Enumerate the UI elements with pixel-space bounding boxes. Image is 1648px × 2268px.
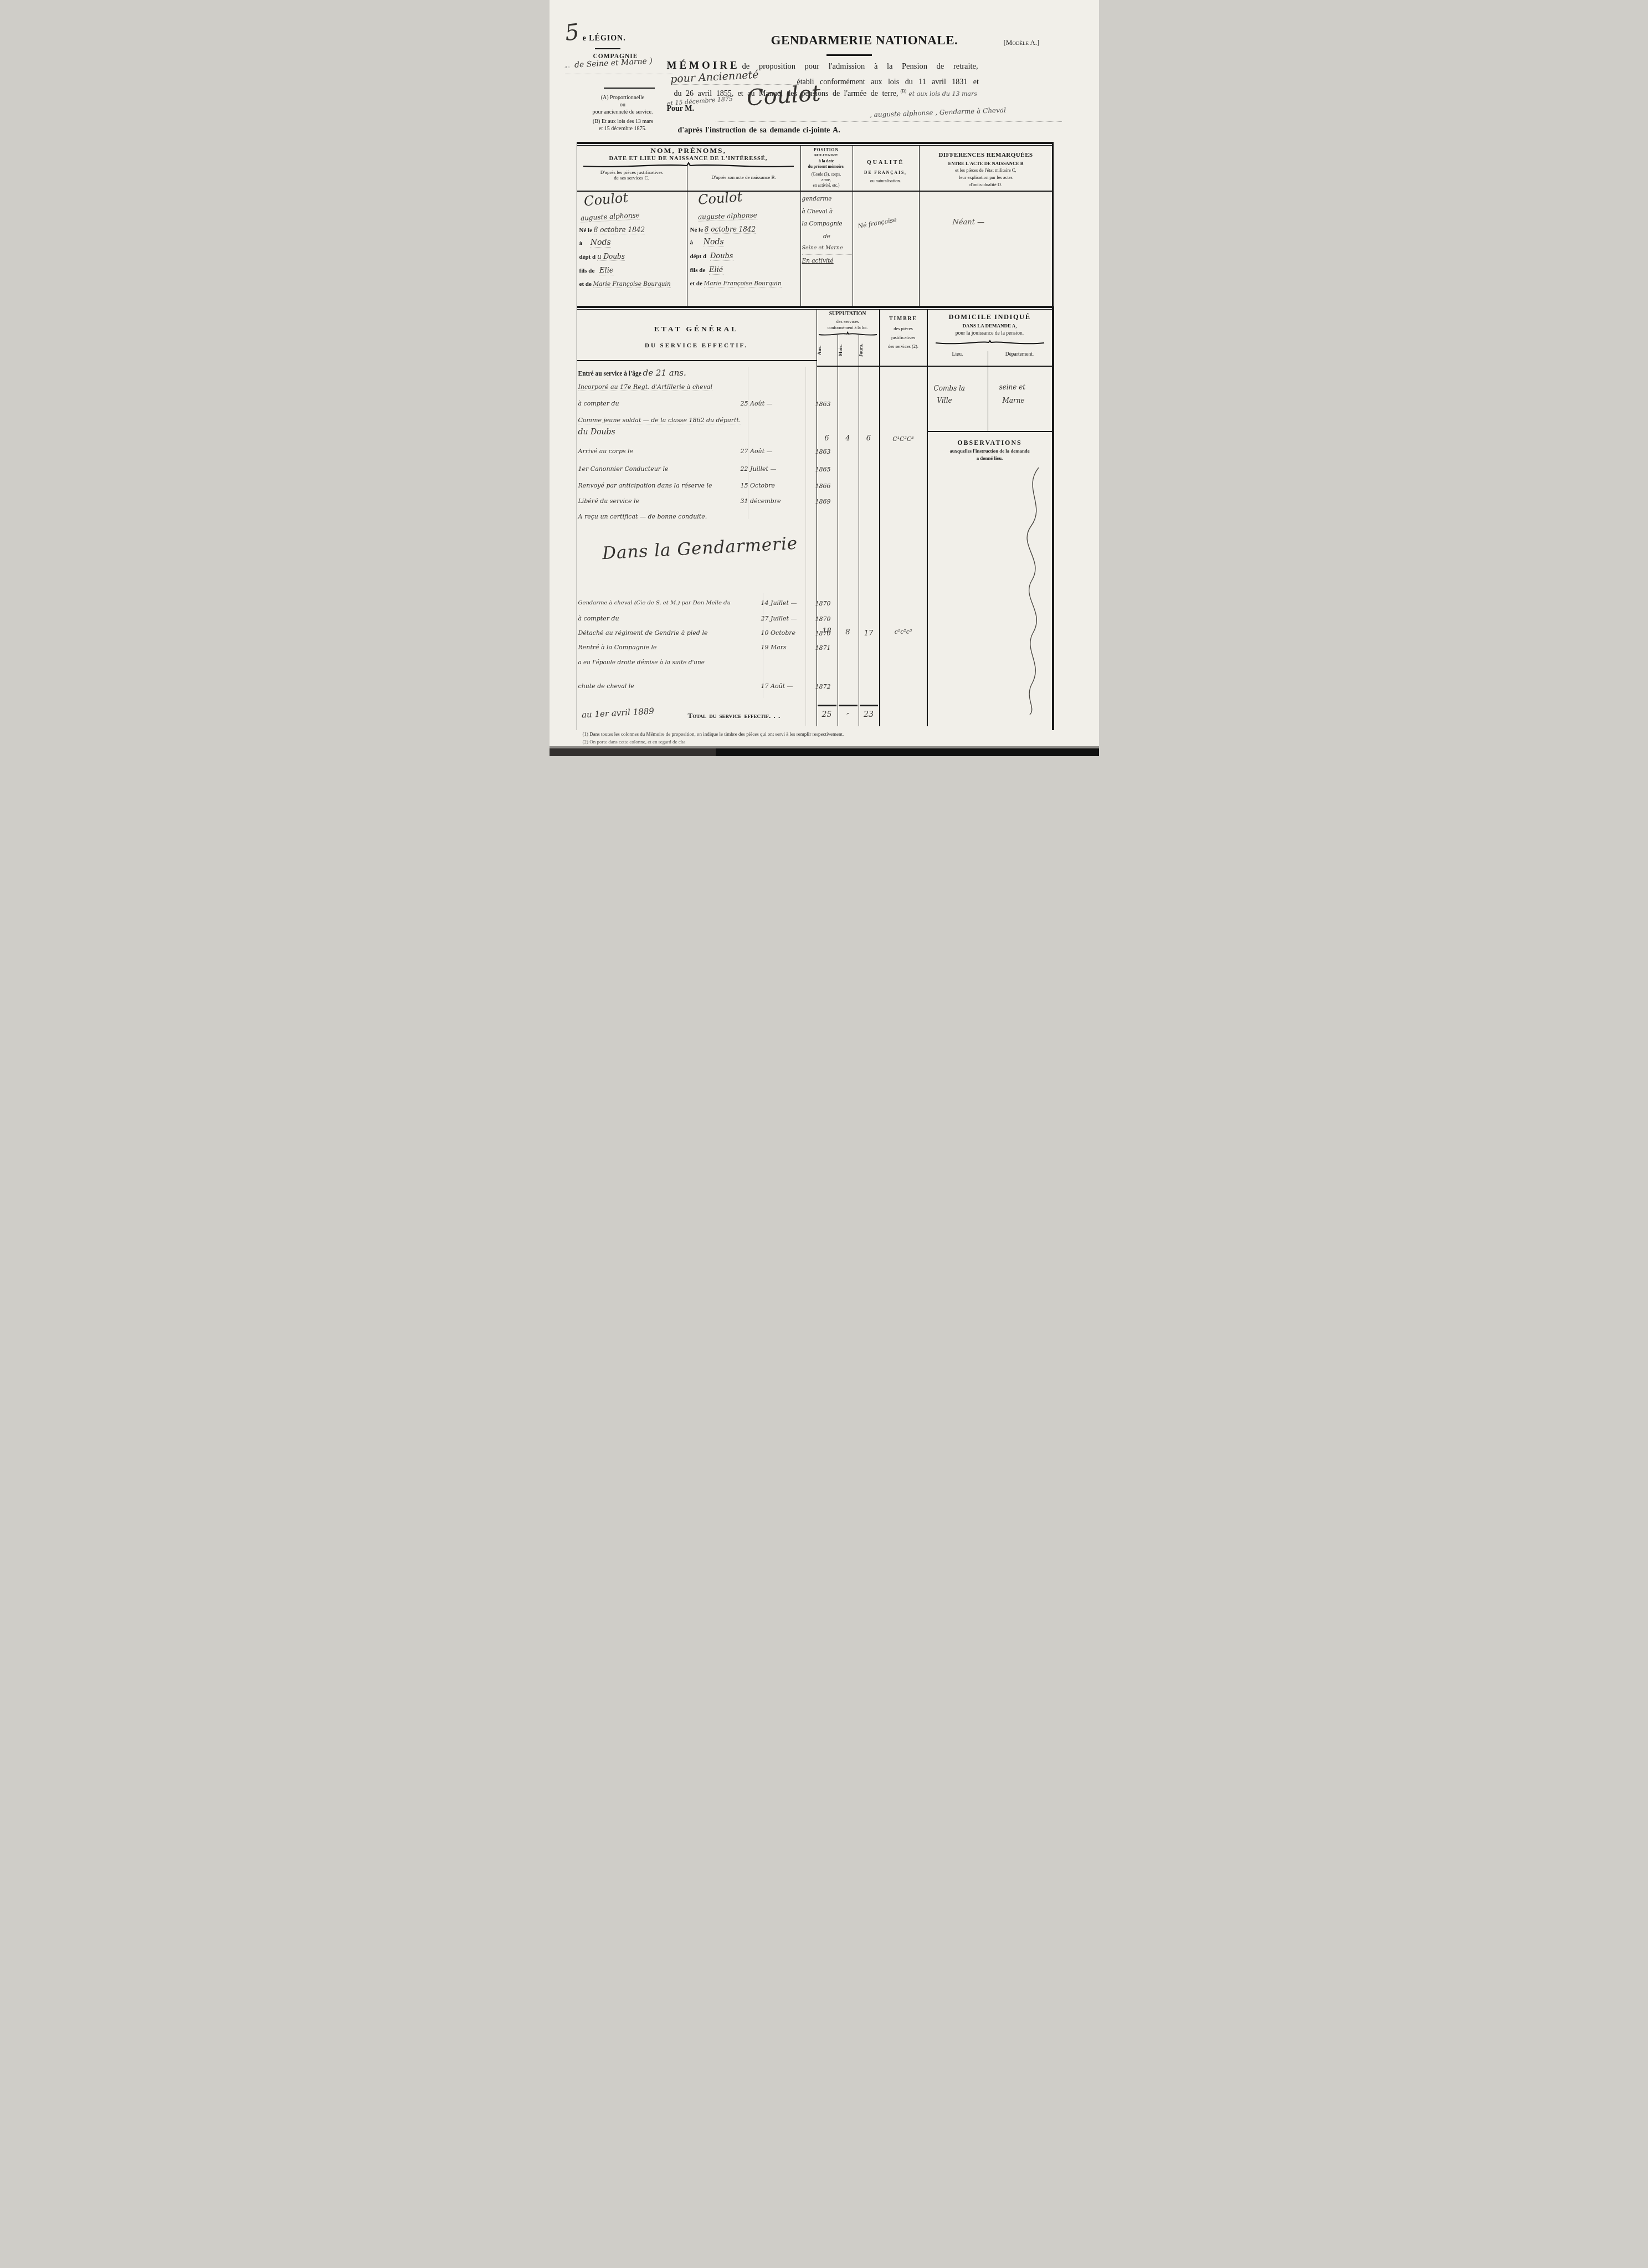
mois-jours-divider [859, 335, 860, 726]
service-row: Renvoyé par anticipation dans la réserve… [578, 482, 839, 495]
diff-h1: DIFFERENCES REMARQUÉES [921, 151, 1051, 160]
note-a-line1: (A) Proportionnelle [572, 95, 674, 101]
dapres-line: d'après l'instruction de sa demande ci-j… [678, 126, 840, 135]
gendarmerie-row: Détaché au régiment de Gendrie à pied le… [578, 629, 839, 643]
row-year: 1863 [815, 401, 831, 408]
sup-b-mois: 8 [838, 628, 859, 637]
total-label: Total du service effectif. . . [688, 711, 781, 720]
gendarmerie-row: Gendarme à cheval (Cie de S. et M.) par … [578, 599, 839, 613]
pour-m-label: Pour M. [667, 105, 695, 114]
timbre-h1: TIMBRE [880, 314, 927, 324]
observations-top-rule [928, 431, 1054, 432]
table1-col1-col2-divider [687, 165, 688, 306]
row-date: 25 Août — [741, 400, 773, 407]
c2-prenoms: auguste alphonse [697, 211, 757, 222]
gendarmerie-row: chute de cheval le 17 Août — 1872 [578, 683, 839, 696]
compagnie-prefix: d c. [565, 65, 571, 69]
timbre-header: TIMBRE des pièces justificatives des ser… [880, 314, 927, 351]
timbre-h4: des services (2). [880, 342, 927, 351]
domicile-h1: DOMICILE INDIQUÉ [928, 313, 1052, 321]
domicile-h3: pour la jouissance de la pension. [928, 331, 1052, 336]
memoire-hw-line3: et aux lois du 13 mars [908, 90, 977, 98]
sup-dom-header-underline [817, 366, 1054, 367]
pos-v3: la Compagnie [802, 218, 852, 230]
table1-col4-col5-divider [919, 146, 920, 306]
scan-edge-gray-smear [550, 748, 716, 756]
table2-right-border [1052, 306, 1054, 730]
row-date: 22 Juillet — [741, 465, 777, 473]
label-ne-le: Né le [579, 227, 593, 234]
pos-h7: en activité, etc.) [802, 183, 851, 188]
row-date: 10 Octobre [761, 629, 796, 637]
label-fils: fils de [690, 267, 706, 274]
c2-mere: Marie Françoise Bourquin [704, 280, 782, 288]
c2-dept-row: dépt d Doubs [690, 252, 733, 260]
service-row: du Doubs [578, 428, 839, 441]
row-hw: chute de cheval le [578, 683, 634, 690]
sup-b-jours: 17 [859, 629, 879, 638]
c2-lieu: Nods [704, 238, 724, 247]
table1-col1-header: D'après les pièces justificatives de ses… [578, 170, 685, 181]
row-hw: Comme jeune soldat — de la classe 1862 d… [578, 417, 741, 424]
table2-top-border [577, 306, 1054, 308]
col1-header-line2: de ses services C. [578, 175, 685, 181]
diff-h2: ENTRE L'ACTE DE NAISSANCE B [921, 160, 1051, 167]
row-hw: Arrivé au corps le [578, 448, 634, 455]
observations-h2: auxquelles l'instruction de la demande [928, 448, 1052, 454]
footnote-2: (2) On porte dans cette colonne, et en r… [583, 739, 1059, 745]
label-fils: fils de [579, 268, 595, 274]
c1-mere: Marie Françoise Bourquin [593, 281, 671, 288]
c2-fils-row: fils de Elié [690, 266, 723, 274]
row-hw: Libéré du service le [578, 497, 640, 505]
c1-nom: Coulot [583, 190, 628, 209]
row-date: 15 Octobre [741, 482, 776, 489]
sup-b-ans: 18 [817, 627, 838, 635]
sup-a-mois: 4 [838, 434, 859, 443]
sup-a-jours: 6 [859, 434, 879, 443]
title: GENDARMERIE NATIONALE. [771, 33, 954, 48]
memoire-line2: établi conformément aux lois du 11 avril… [797, 78, 979, 87]
qual-h1: QUALITÉ [854, 157, 918, 168]
row-hw: A reçu un certificat — de bonne conduite… [578, 513, 707, 520]
row-hw: Renvoyé par anticipation dans la réserve… [578, 482, 712, 489]
service-row: 1er Canonnier Conducteur le 22 Juillet —… [578, 465, 839, 479]
row-hw: à compter du [578, 400, 619, 407]
supputation-h1: SUPPUTATION [817, 311, 879, 317]
row-date: 17 Août — [761, 683, 793, 690]
note-b-line2: et 15 décembre 1875. [572, 126, 674, 132]
table1-position-header: POSITION MILITAIRE à la date du présent … [802, 147, 851, 188]
pos-h1: POSITION [802, 147, 851, 153]
label-dept: dépt d [579, 254, 596, 260]
brace-supputation [818, 331, 878, 336]
gendarmerie-row: à compter du 27 Juillet — 1870 [578, 615, 839, 628]
footnote-1: (1) Dans toutes les colonnes du Mémoire … [583, 731, 1059, 737]
memoire-line3-ref: (B) [901, 89, 907, 94]
c1-lieu: Nods [591, 238, 611, 248]
row-hw: à compter du [578, 615, 619, 622]
c2-lieu-row: à Nods [690, 238, 724, 247]
total-mois: ″ [838, 712, 859, 720]
c1-ne: 8 octobre 1842 [594, 226, 645, 234]
dotted-rule [716, 121, 1062, 122]
c2-ne: 8 octobre 1842 [705, 225, 756, 234]
timbre-h3: justificatives [880, 333, 927, 342]
dotted-rule [565, 74, 673, 74]
table1-col2-header: D'après son acte de naissance B. [689, 175, 799, 180]
note-b-line1: (B) Et aux lois des 13 mars [565, 119, 681, 125]
c2-dept: Doubs [710, 252, 733, 261]
sup-a-ans: 6 [817, 434, 838, 443]
scanned-pension-memo: 5 e LÉGION. GENDARMERIE NATIONALE. [Modè… [550, 0, 1099, 756]
row-year: 1872 [815, 683, 831, 690]
total-jours: 23 [859, 710, 879, 719]
row-year: 1870 [815, 600, 831, 607]
pos-v5: Seine et Marne [802, 243, 852, 254]
qual-h2: DE FRANÇAIS, [854, 168, 918, 177]
row-hw: a eu l'épaule droite démise à la suite d… [578, 659, 705, 666]
observations-h3: a donné lieu. [928, 455, 1052, 461]
jours-timbre-divider [879, 310, 880, 726]
row-date: 27 Août — [741, 448, 773, 455]
c1-dept-row: dépt d u Doubs [579, 253, 625, 260]
brace-domicile [934, 340, 1046, 345]
row-date: 27 Juillet — [761, 615, 797, 622]
row-year: 1863 [815, 448, 831, 455]
pos-h3: à la date [802, 158, 851, 164]
rule-under-legion [595, 48, 620, 49]
observations-h1: OBSERVATIONS [928, 439, 1052, 447]
rule-under-title [826, 54, 872, 56]
row-year: 1865 [815, 466, 831, 473]
total-rule-ans [818, 705, 836, 706]
c2-fils: Elié [709, 266, 723, 275]
table1-qualite-header: QUALITÉ DE FRANÇAIS, ou naturalisation. [854, 157, 918, 186]
label-a: à [690, 239, 694, 246]
memoire-line1-text: de proposition pour l'admission à la Pen… [742, 62, 978, 71]
pos-v4: de [802, 230, 852, 243]
domicile-dept-line2: Marne [1003, 397, 1025, 404]
total-ans: 25 [817, 710, 838, 719]
diff-h4: leur explication par les actes [921, 174, 1051, 181]
row-year: 1870 [815, 615, 831, 623]
row-year: 1866 [815, 483, 831, 490]
c1-fils-row: fils de Elie [579, 266, 614, 275]
pos-h6: arme, [802, 177, 851, 183]
service-row: Libéré du service le 31 décembre 1869 [578, 497, 839, 511]
domicile-lieu-line2: Ville [937, 397, 952, 404]
label-etde: et de [690, 280, 702, 287]
row-hw: de 21 ans. [643, 368, 686, 378]
table1-group-title-line1: NOM, PRÉNOMS, [577, 146, 800, 155]
gendarmerie-row: a eu l'épaule droite démise à la suite d… [578, 659, 839, 673]
note-a-line2: ou [572, 102, 674, 108]
table1-top-border [577, 142, 1054, 144]
etat-header-underline [577, 360, 817, 361]
c1-fils: Elie [599, 266, 614, 275]
note-a-line3: pour ancienneté de service. [566, 109, 680, 115]
label-ne-le: Né le [690, 227, 704, 233]
table1-top-border-inner [577, 145, 1054, 146]
label-a: à [579, 240, 583, 247]
sup-a-timbre: C¹C²C³ [880, 435, 927, 443]
brace-nom-prenoms [582, 162, 795, 167]
service-row: A reçu un certificat — de bonne conduite… [578, 513, 839, 526]
table2-top-border-inner [577, 309, 1054, 310]
timbre-domicile-divider [927, 310, 928, 726]
table1-right-border [1052, 142, 1054, 306]
differences-value: Néant — [953, 218, 985, 227]
col1-header-line1: D'après les pièces justificatives [578, 170, 685, 175]
row-hw: Détaché au régiment de Gendrie à pied le [578, 629, 708, 637]
row-date: 31 décembre [741, 497, 781, 505]
timbre-h2: des pièces [880, 324, 927, 333]
c1-lieu-row: à Nods [579, 238, 611, 247]
name-rest-handwritten: , auguste alphonse , Gendarme à Cheval [869, 106, 1005, 119]
supputation-h2: des services [817, 319, 879, 324]
observations-flourish [1018, 466, 1051, 716]
pos-h2: MILITAIRE [802, 153, 851, 158]
pos-v1: gendarme [802, 193, 852, 206]
c2-nom: Coulot [697, 189, 743, 208]
col-jours-label: Jours. [858, 336, 879, 364]
c1-ne-row: Né le 8 octobre 1842 [579, 226, 645, 234]
label-etde: et de [579, 281, 592, 288]
c2-ne-row: Né le 8 octobre 1842 [690, 225, 756, 233]
qualite-value: Né française [857, 216, 897, 230]
row-printed: Entré au service à l'âge [578, 371, 641, 377]
domicile-dept-line1: seine et [999, 383, 1026, 391]
service-row: Arrivé au corps le 27 Août — 1863 [578, 448, 839, 461]
etat-general-line2: DU SERVICE EFFECTIF. [577, 342, 817, 349]
service-row: à compter du 25 Août — 1863 [578, 400, 839, 413]
row-hw: Rentré à la Compagnie le [578, 644, 657, 651]
c2-mere-row: et de Marie Françoise Bourquin [690, 280, 782, 287]
pos-v2: à Cheval à [802, 206, 852, 218]
compagnie-value-handwritten: de Seine et Marne ) [574, 57, 652, 69]
total-date-handwritten: au 1er avril 1889 [581, 706, 654, 720]
domicile-lieu-line1: Combs la [934, 384, 965, 392]
modele-label: [Modèle A.] [1004, 38, 1040, 47]
supputation-h3: conformément à la loi. [815, 325, 880, 330]
row-date: 19 Mars [761, 644, 787, 651]
name-handwritten: Coulot [746, 80, 821, 111]
legion-number-handwritten: 5 [563, 19, 580, 46]
row-year: 1871 [815, 644, 831, 651]
total-rule-mois [839, 705, 858, 706]
gendarmerie-heading: Dans la Gendarmerie [602, 533, 798, 563]
service-row: Entré au service à l'âge de 21 ans. [578, 368, 839, 381]
row-hw: Gendarme à cheval (Cie de S. et M.) par … [578, 600, 731, 606]
pos-v6: En activité [802, 255, 852, 268]
lieu-dept-divider [988, 351, 989, 431]
total-rule-jours [860, 705, 878, 706]
col-mois-label: Mois. [838, 336, 859, 364]
pos-h5: (Grade (3), corps, [802, 172, 851, 177]
domicile-h2: DANS LA DEMANDE A, [928, 323, 1052, 329]
c1-mere-row: et de Marie Françoise Bourquin [579, 281, 671, 288]
pos-h4: du présent mémoire. [802, 164, 851, 170]
qual-h3: ou naturalisation. [854, 177, 918, 186]
rule-under-compagnie [604, 88, 655, 89]
table1-left-border [577, 142, 578, 306]
row-year: 1869 [815, 498, 831, 505]
table1-differences-header: DIFFERENCES REMARQUÉES ENTRE L'ACTE DE N… [921, 151, 1051, 188]
legion-label: e LÉGION. [583, 34, 626, 43]
gendarmerie-row: Rentré à la Compagnie le 19 Mars 1871 [578, 644, 839, 657]
departement-label: Département. [988, 352, 1052, 357]
row-hw: 1er Canonnier Conducteur le [578, 465, 669, 473]
diff-h5: d'individualité D. [921, 181, 1051, 188]
c1-dept: u Doubs [597, 253, 625, 261]
service-row: Incorporé au 17e Regt. d'Artillerie à ch… [578, 383, 839, 397]
table1-header-underline [577, 191, 1054, 192]
label-dept: dépt d [690, 253, 707, 260]
diff-h3: et les pièces de l'état militaire C, [921, 167, 1051, 174]
row-hw: du Doubs [578, 428, 615, 437]
sup-b-timbre: c¹c²c³ [880, 628, 927, 635]
lieu-label: Lieu. [928, 352, 988, 357]
etat-general-line1: ETAT GÉNÉRAL [577, 325, 817, 333]
col-ans-label: Ans. [817, 336, 838, 364]
position-value: gendarme à Cheval à la Compagnie de Sein… [802, 193, 852, 267]
c1-prenoms: auguste alphonse [580, 211, 639, 223]
row-hw: Incorporé au 17e Regt. d'Artillerie à ch… [578, 383, 712, 391]
table2-left-border [577, 306, 578, 730]
table1-group-title-line2: DATE ET LIEU DE NAISSANCE DE L'INTÉRESSÉ… [577, 156, 800, 162]
row-date: 14 Juillet — [761, 599, 797, 607]
